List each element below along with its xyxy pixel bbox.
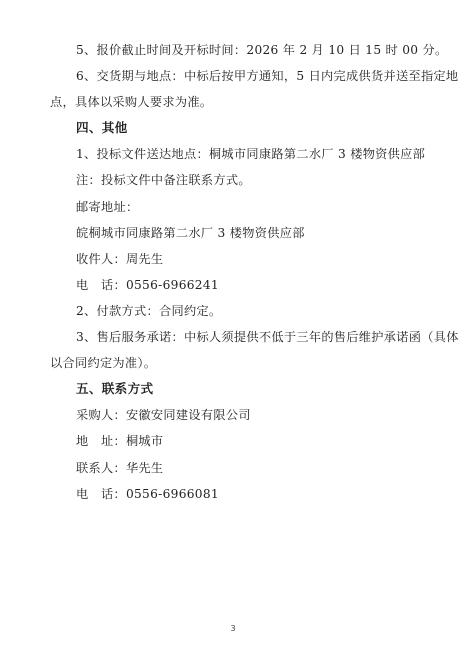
after-sales-line-cont: 以合同约定为准）。 (50, 350, 420, 376)
recipient: 收件人：周先生 (50, 246, 420, 272)
recipient-phone: 电 话：0556-6966241 (50, 272, 420, 298)
document-page: 5、报价截止时间及开标时间：2026 年 2 月 10 日 15 时 00 分。… (0, 0, 466, 660)
page-content: 5、报价截止时间及开标时间：2026 年 2 月 10 日 15 时 00 分。… (50, 37, 420, 507)
payment-terms: 2、付款方式：合同约定。 (50, 298, 420, 324)
contact-phone: 电 话：0556-6966081 (50, 481, 420, 507)
contact-person: 联系人：华先生 (50, 455, 420, 481)
after-sales-line: 3、售后服务承诺：中标人须提供不低于三年的售后维护承诺函（具体 (50, 324, 420, 350)
mailing-address: 皖桐城市同康路第二水厂 3 楼物资供应部 (50, 220, 420, 246)
address: 地 址：桐城市 (50, 428, 420, 454)
mailing-address-label: 邮寄地址： (50, 194, 420, 220)
section-heading-other: 四、其他 (50, 115, 420, 141)
bid-delivery-location: 1、投标文件送达地点：桐城市同康路第二水厂 3 楼物资供应部 (50, 141, 420, 167)
delivery-line: 6、交货期与地点：中标后按甲方通知，5 日内完成供货并送至指定地 (50, 63, 420, 89)
page-number: 3 (0, 624, 466, 633)
purchaser: 采购人：安徽安同建设有限公司 (50, 402, 420, 428)
bid-note: 注：投标文件中备注联系方式。 (50, 167, 420, 193)
quote-deadline-line: 5、报价截止时间及开标时间：2026 年 2 月 10 日 15 时 00 分。 (50, 37, 420, 63)
section-heading-contact: 五、联系方式 (50, 376, 420, 402)
delivery-line-cont: 点，具体以采购人要求为准。 (50, 89, 420, 115)
